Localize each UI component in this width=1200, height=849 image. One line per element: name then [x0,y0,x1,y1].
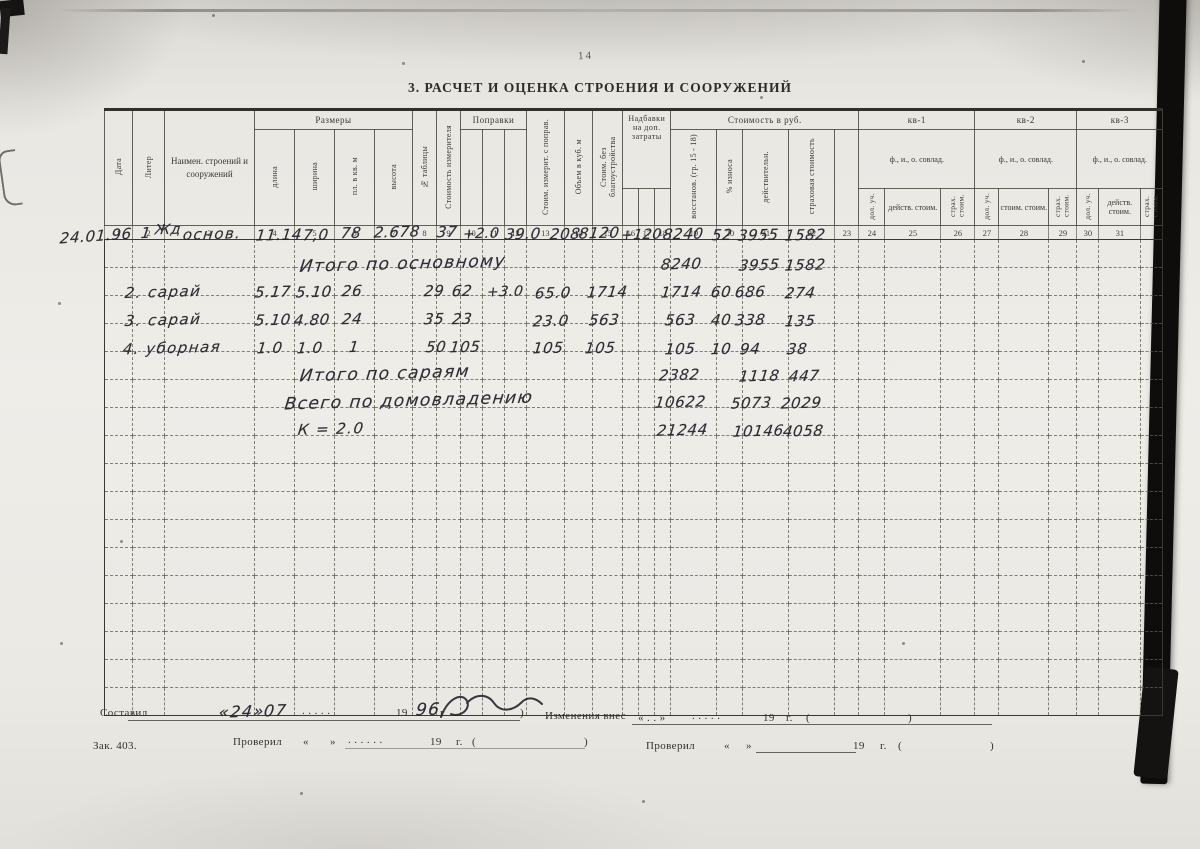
grid-cell [1049,296,1077,324]
grid-cell [1099,408,1141,436]
grid-cell [165,548,255,576]
grid-cell [105,576,133,604]
kv2-owner-header: ф., и., о. совлад. [975,130,1077,189]
grid-cell [255,436,295,464]
grid-cell [1099,240,1141,268]
table-row [105,632,1163,660]
grid-cell [885,576,941,604]
grid-cell [789,548,835,576]
speck [212,14,215,17]
grid-cell [671,660,717,688]
grid-cell [133,548,165,576]
grid-cell [295,604,335,632]
grid-cell [999,520,1049,548]
grid-cell [133,436,165,464]
grid-cell [375,576,413,604]
correction-subcol [505,130,527,226]
grid-cell [835,380,859,408]
grid-cell [413,520,437,548]
grid-cell [639,464,655,492]
column-number: 25 [885,226,941,240]
grid-cell [133,520,165,548]
handwritten-text: 4058 [782,421,825,440]
grid-cell [335,464,375,492]
grid-cell [835,436,859,464]
grid-cell [461,604,483,632]
grid-cell [859,688,885,716]
handwritten-text: 23.0 [532,312,570,331]
grid-cell [295,464,335,492]
table-row [105,660,1163,688]
grid-cell [743,464,789,492]
grid-cell [1141,324,1163,352]
grid-cell [295,632,335,660]
grid-cell [999,688,1049,716]
grid-cell [1077,660,1099,688]
grid-cell [717,632,743,660]
grid-cell [975,464,999,492]
surcharge-subcol [655,189,671,226]
grid-cell [1099,632,1141,660]
grid-cell [505,352,527,380]
grid-cell [639,324,655,352]
grid-cell [133,576,165,604]
column-number [1141,226,1163,240]
handwritten-text: 21244 [656,420,709,439]
footer-text: Зак. 403. [93,740,137,752]
grid-cell [941,296,975,324]
grid-cell [375,436,413,464]
grid-cell [717,464,743,492]
grid-cell [105,492,133,520]
grid-cell [483,352,505,380]
footer-text: « [724,740,730,752]
grid-cell [1099,548,1141,576]
footer-text: Изменения внес [545,710,626,722]
footer-text: ( [806,712,810,724]
handwritten-text: 135 [784,312,817,331]
grid-cell [461,492,483,520]
handwritten-text: 5.10 [295,283,333,302]
grid-cell [593,520,623,548]
kv2-share: дол. уч. [975,189,999,226]
handwritten-text: 37 [436,223,458,242]
grid-cell [564,240,593,268]
group-header-kv3: кв-3 [1077,110,1163,130]
grid-cell [743,660,789,688]
handwritten-text: 2.678 [373,222,421,241]
handwritten-text: 10146 [732,421,785,440]
grid-cell [593,492,623,520]
grid-cell [1077,520,1099,548]
handwritten-text: «24» [218,701,266,721]
grid-cell [483,604,505,632]
speck [60,642,63,645]
grid-cell [461,576,483,604]
handwritten-text: 10 [710,340,732,359]
col-header-restoration: восстанов. (гр. 15 - 18) [671,130,717,226]
grid-cell [483,660,505,688]
grid-cell [335,688,375,716]
grid-cell [859,576,885,604]
handwritten-text: 8240 [660,254,703,273]
handwritten-text: 1714 [660,282,703,301]
grid-cell [835,240,859,268]
grid-cell [165,436,255,464]
grid-cell [165,464,255,492]
grid-cell [671,520,717,548]
grid-cell [335,576,375,604]
grid-cell [1077,296,1099,324]
handwritten-text: +120 [620,226,663,243]
grid-cell [1049,604,1077,632]
footer-text: Проверил [646,740,695,752]
grid-cell [1141,464,1163,492]
grid-cell [505,660,527,688]
grid-cell [593,240,623,268]
handwritten-text: 35 [423,310,445,329]
grid-cell [1049,268,1077,296]
handwritten-text: 50 [425,338,447,357]
handwritten-text: 105 [449,338,482,357]
grid-cell [999,604,1049,632]
grid-cell [437,408,461,436]
correction-subcol [483,130,505,226]
grid-cell [655,436,671,464]
grid-cell [413,464,437,492]
grid-cell [461,464,483,492]
grid-cell [859,604,885,632]
column-number: 28 [999,226,1049,240]
handwritten-text: 4. уборная [122,338,222,359]
handwritten-text: 5.17 [254,283,292,302]
footer-text: г. [786,712,793,724]
handwritten-text: 5073 [730,393,773,412]
grid-cell [975,548,999,576]
handwritten-text: К = 2.0 [297,419,366,439]
col-header-cost-with-corr: Стоим. измерит. с поправ. [527,110,565,226]
grid-cell [835,492,859,520]
grid-cell [975,352,999,380]
grid-cell [671,548,717,576]
surcharge-subcol [623,189,639,226]
grid-cell [335,604,375,632]
handwritten-text: 1118 [738,366,781,385]
grid-cell [461,632,483,660]
grid-cell [527,492,565,520]
handwritten-text: 60 [710,283,732,302]
grid-cell [1141,632,1163,660]
speck [58,302,61,305]
grid-cell [593,604,623,632]
grid-cell [133,408,165,436]
grid-cell [655,548,671,576]
cost-rub-subcol [835,130,859,226]
grid-cell [941,548,975,576]
grid-cell [437,436,461,464]
grid-cell [1077,604,1099,632]
grid-cell [1099,492,1141,520]
grid-cell [859,548,885,576]
grid-cell [1141,408,1163,436]
group-header-surcharges: Надбавки на доп. затраты [623,110,671,189]
grid-cell [335,520,375,548]
grid-cell [413,632,437,660]
grid-cell [639,436,655,464]
grid-cell [335,548,375,576]
grid-cell [461,520,483,548]
grid-cell [105,436,133,464]
footer-text: ( [898,740,902,752]
grid-cell [885,380,941,408]
grid-cell [255,660,295,688]
grid-cell [639,352,655,380]
grid-cell [1077,352,1099,380]
grid-cell [255,492,295,520]
grid-cell [859,296,885,324]
handwritten-text: 2. сарай [124,282,202,302]
grid-cell [941,660,975,688]
grid-cell [655,492,671,520]
grid-cell [975,324,999,352]
grid-cell [885,352,941,380]
grid-cell [859,464,885,492]
handwritten-text: 1 [140,224,152,242]
handwritten-text: 10622 [654,392,707,411]
table-row [105,604,1163,632]
grid-cell [527,240,565,268]
grid-cell [885,548,941,576]
grid-cell [717,660,743,688]
handwritten-text: 24 [341,310,363,329]
grid-cell [483,632,505,660]
grid-cell [1141,268,1163,296]
footer-text: г. [456,736,463,748]
grid-cell [1077,576,1099,604]
grid-cell [1049,352,1077,380]
handwritten-text: 62 [451,282,473,301]
grid-cell [941,380,975,408]
grid-cell [1099,296,1141,324]
grid-cell [623,604,639,632]
handwritten-text: 29 [423,282,445,301]
grid-cell [1099,436,1141,464]
grid-cell [975,632,999,660]
grid-cell [165,380,255,408]
grid-cell [255,576,295,604]
grid-cell [1049,492,1077,520]
grid-cell [105,604,133,632]
grid-cell [999,296,1049,324]
grid-cell [375,604,413,632]
grid-cell [505,632,527,660]
grid-cell [999,660,1049,688]
handwritten-text: 686 [734,283,767,302]
handwritten-text: 208 [549,225,582,244]
grid-cell [335,492,375,520]
grid-cell [375,660,413,688]
grid-cell [105,408,133,436]
kv1-share: дол. уч. [859,189,885,226]
grid-cell [505,324,527,352]
grid-cell [789,464,835,492]
grid-cell [859,380,885,408]
col-header-liter: Литер [133,110,165,226]
grid-cell [527,604,565,632]
col-header-width: ширина [295,130,335,226]
kv2-actual-cost: стоим. стоим. [999,189,1049,226]
grid-cell [975,604,999,632]
col-header-volume: Объем в куб. м [564,110,593,226]
grid-cell [1141,548,1163,576]
grid-cell [639,240,655,268]
grid-cell [789,492,835,520]
handwritten-text: Жд [154,222,182,239]
grid-cell [165,240,255,268]
footer-text: . . . . . [692,710,720,722]
col-header-date: Дата [105,110,133,226]
grid-cell [165,660,255,688]
grid-cell [593,660,623,688]
grid-cell [255,632,295,660]
grid-cell [671,492,717,520]
grid-cell [1049,688,1077,716]
handwritten-text: 1582 [784,255,827,274]
grid-cell [1141,660,1163,688]
grid-cell [375,548,413,576]
grid-cell [941,576,975,604]
surcharge-subcol [639,189,655,226]
handwritten-text: +3.0 [486,283,524,300]
handwritten-text: 563 [664,311,697,330]
grid-cell [639,632,655,660]
grid-cell [671,604,717,632]
col-header-cost-wo-impr: Стоим. без благоустройства [593,110,623,226]
handwritten-text: 8240 [662,224,705,243]
grid-cell [505,464,527,492]
grid-cell [859,436,885,464]
grid-cell [743,604,789,632]
grid-cell [671,436,717,464]
grid-cell [885,632,941,660]
grid-cell [717,520,743,548]
handwritten-text: 2382 [658,365,701,384]
grid-cell [717,576,743,604]
grid-cell [527,520,565,548]
grid-cell [461,436,483,464]
grid-cell [671,464,717,492]
grid-cell [999,268,1049,296]
scanned-form-page: { "page": { "number": "14", "title": "3.… [0,0,1200,849]
grid-cell [295,548,335,576]
scan-streak [58,9,1138,12]
grid-cell [483,520,505,548]
footer-text: ) [908,712,912,724]
grid-cell [835,296,859,324]
grid-cell [1141,604,1163,632]
grid-cell [1077,408,1099,436]
grid-cell [975,380,999,408]
grid-cell [1049,436,1077,464]
grid-cell [999,464,1049,492]
grid-cell [133,380,165,408]
grid-cell [743,632,789,660]
handwritten-text: 8120 [578,223,621,242]
grid-cell [623,576,639,604]
grid-cell [743,576,789,604]
grid-cell [527,660,565,688]
footer-text: ) [990,740,994,752]
grid-cell [941,324,975,352]
grid-cell [655,604,671,632]
grid-cell [593,408,623,436]
grid-cell [885,660,941,688]
col-header-unit-cost: Стоимость измерителя [437,110,461,226]
group-header-corrections: Поправки [461,110,527,130]
footer-text: г. [880,740,887,752]
grid-cell [133,632,165,660]
grid-cell [255,548,295,576]
column-number: 30 [1077,226,1099,240]
grid-cell [623,436,639,464]
grid-cell [671,576,717,604]
grid-cell [639,520,655,548]
correction-subcol [461,130,483,226]
group-header-sizes: Размеры [255,110,413,130]
grid-cell [527,436,565,464]
grid-cell [885,688,941,716]
form-title: 3. РАСЧЕТ И ОЦЕНКА СТРОЕНИЯ И СООРУЖЕНИЙ [280,80,920,96]
footer-text: « [303,736,309,748]
footer-text: 19 [430,736,442,748]
grid-cell [564,632,593,660]
table-row [105,408,1163,436]
grid-cell [717,492,743,520]
grid-cell [1141,688,1163,716]
grid-cell [1077,688,1099,716]
speck [642,800,645,803]
grid-cell [717,688,743,716]
grid-cell [623,352,639,380]
grid-cell [461,548,483,576]
signature-scribble [438,690,548,724]
grid-cell [255,464,295,492]
grid-cell [437,576,461,604]
grid-cell [165,408,255,436]
grid-cell [295,660,335,688]
grid-cell [1099,324,1141,352]
grid-cell [375,520,413,548]
grid-cell [564,520,593,548]
grid-cell [623,464,639,492]
grid-cell [999,492,1049,520]
grid-cell [335,632,375,660]
grid-cell [835,632,859,660]
grid-cell [593,380,623,408]
footer-text: . . . . . [302,705,330,717]
handwritten-text: 563 [588,311,621,330]
column-number: 27 [975,226,999,240]
grid-cell [623,548,639,576]
footer-text: . . . . . . [348,734,383,746]
grid-cell [975,240,999,268]
footer-text: Составил [100,707,148,719]
grid-cell [835,604,859,632]
handwritten-text: 2029 [780,393,823,412]
grid-cell [999,548,1049,576]
grid-cell [133,604,165,632]
speck [1082,60,1085,63]
